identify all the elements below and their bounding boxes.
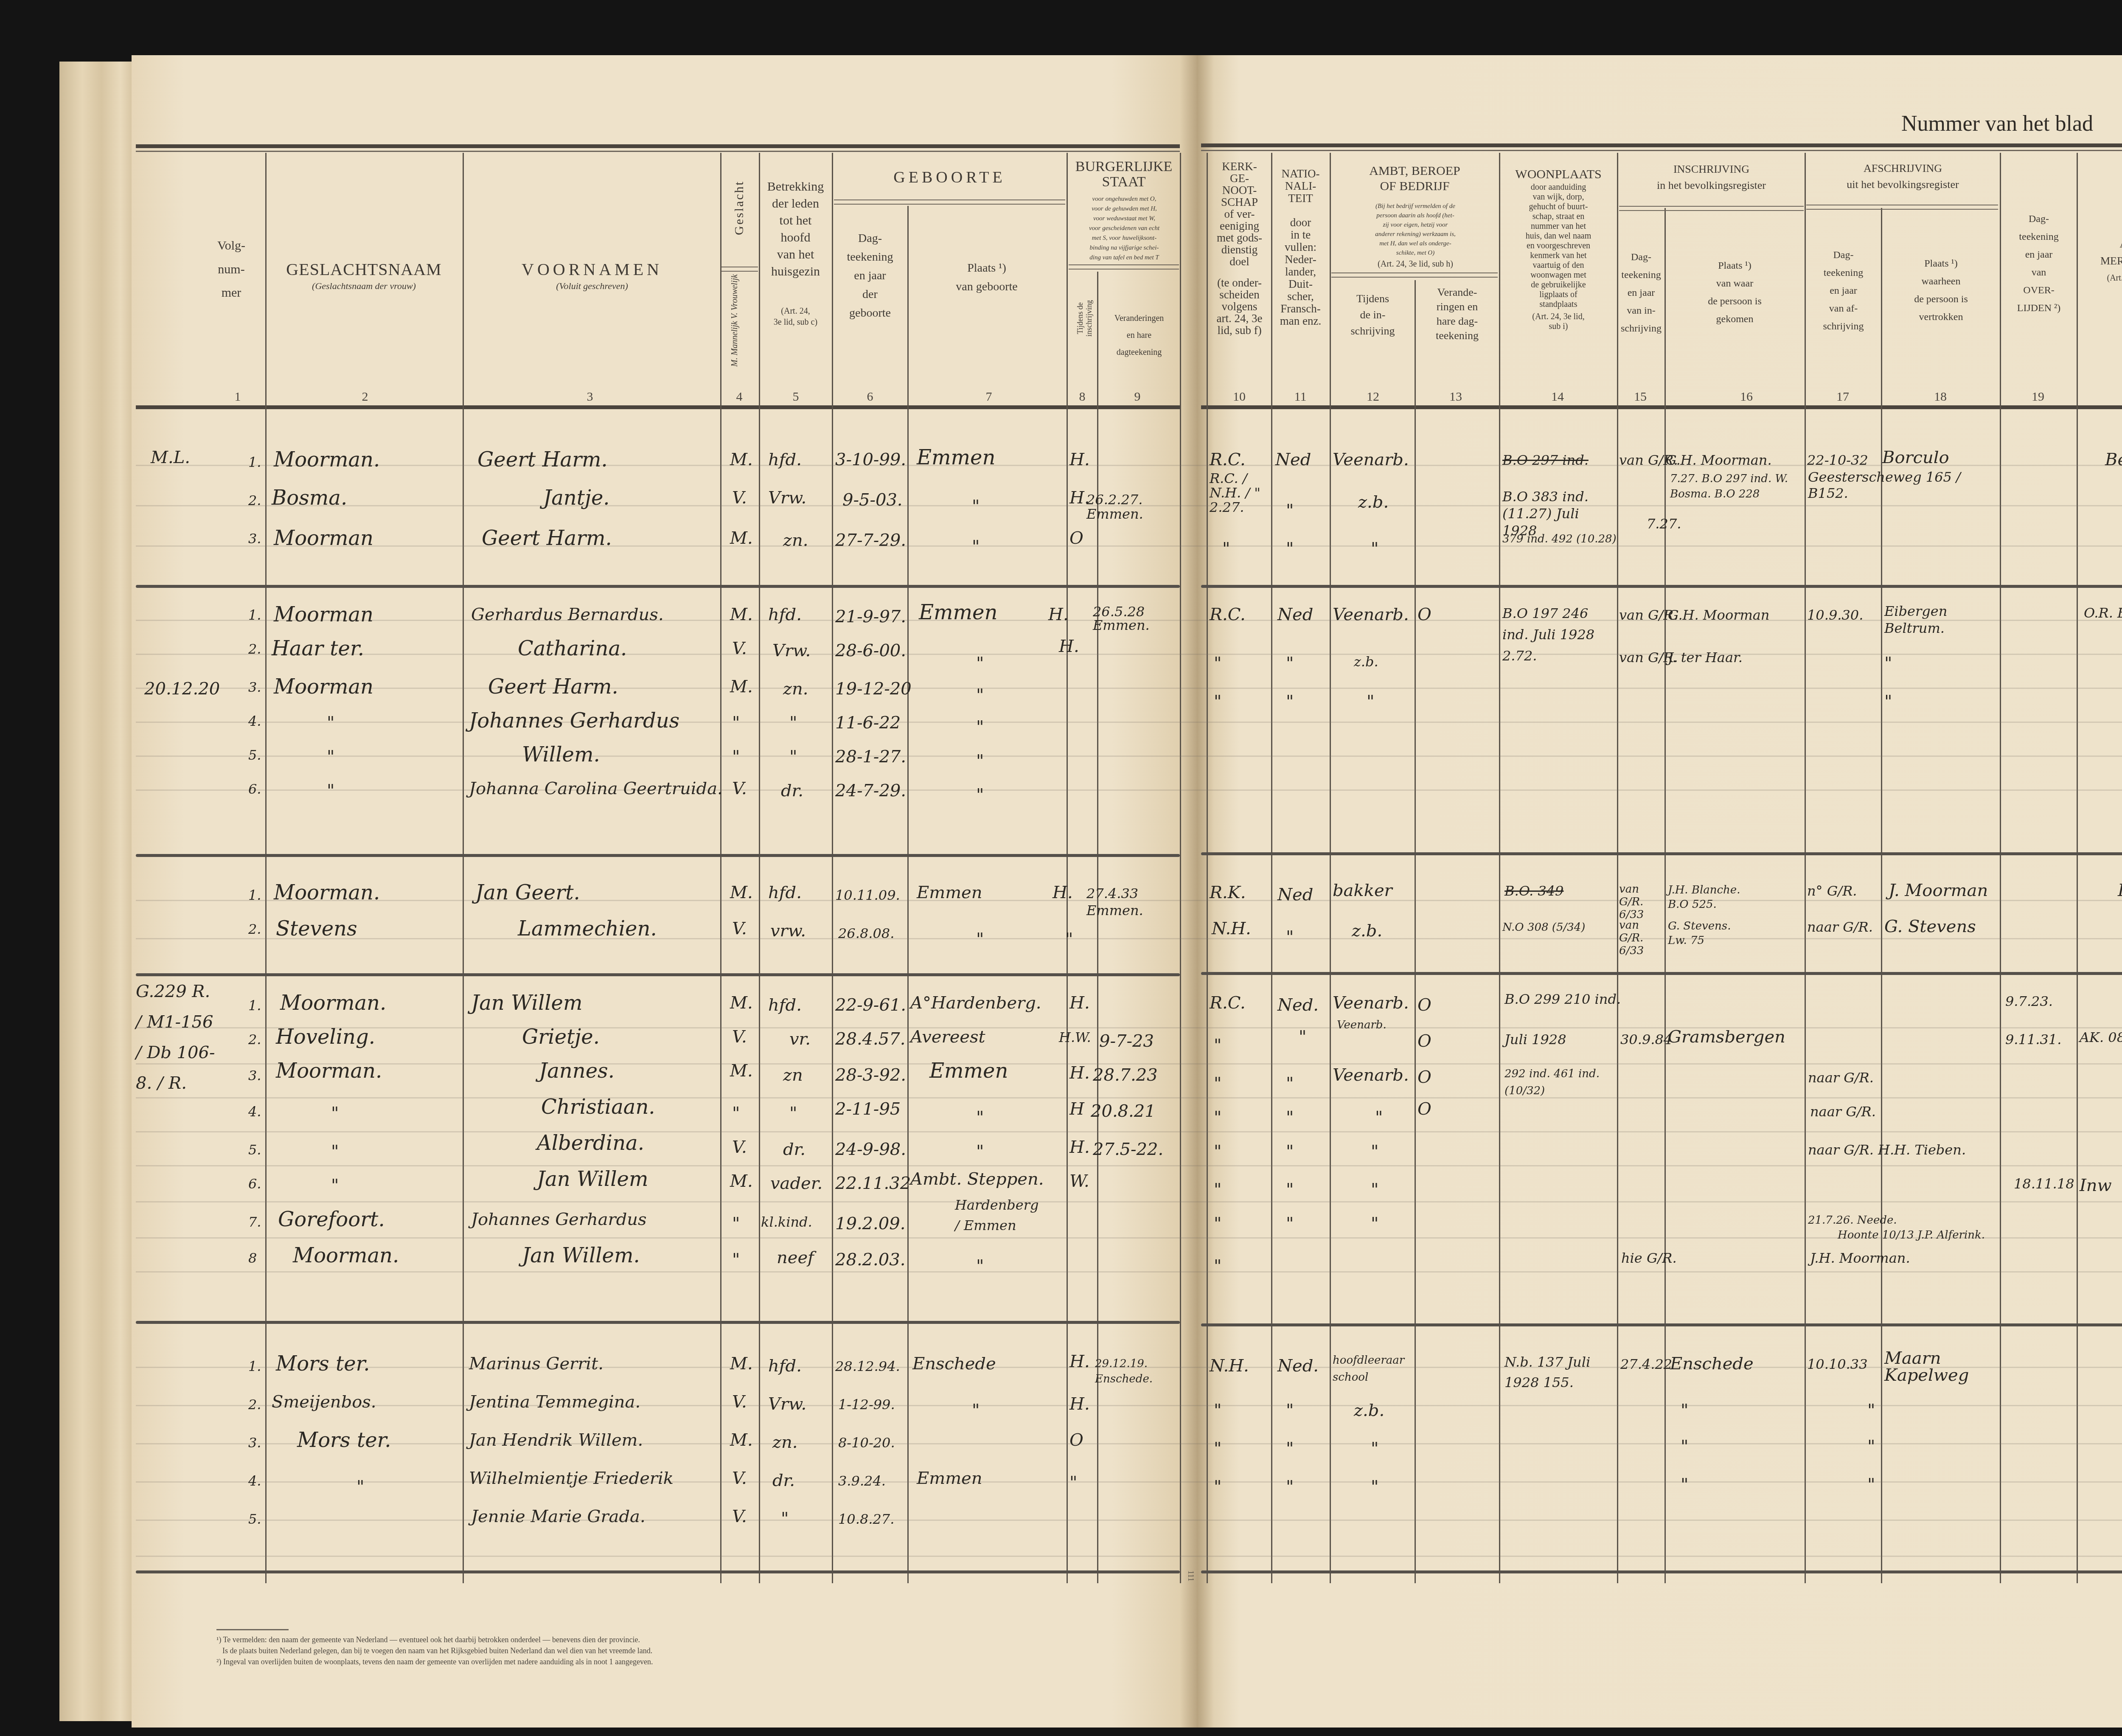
ruled-line bbox=[136, 1027, 2122, 1028]
column-number: 20 bbox=[2117, 390, 2122, 404]
page-mark: 111 bbox=[1186, 1570, 1195, 1582]
ruled-line bbox=[136, 1520, 2122, 1521]
column-number: 14 bbox=[1545, 390, 1570, 404]
ruled-line bbox=[136, 1165, 2122, 1166]
col-divider bbox=[1415, 280, 1416, 1583]
household-separator bbox=[1201, 1323, 2122, 1326]
column-number: 15 bbox=[1628, 390, 1653, 404]
header-ambt-sub: (Bij het bedrijf vermelden of de persoon… bbox=[1333, 202, 1498, 269]
ruled-line bbox=[136, 654, 2122, 655]
header-inschrijving-group: INSCHRIJVING in het bevolkingsregister bbox=[1619, 161, 1804, 194]
geboorte-group-rule bbox=[834, 199, 1065, 205]
header-col5-betrekking: Betrekking der leden tot het hoofd van h… bbox=[761, 178, 831, 328]
ruled-line bbox=[136, 789, 2122, 791]
ruled-line bbox=[136, 722, 2122, 723]
top-rule-left bbox=[136, 144, 1180, 148]
ambt-group-rule bbox=[1331, 272, 1498, 278]
header-col17: Dag- teekening en jaar van af- schrijvin… bbox=[1806, 246, 1881, 335]
footnote-1-cont: Is de plaats buiten Nederland gelegen, d… bbox=[216, 1645, 959, 1656]
header-col10-kerkgenootschap: KERK- GE- NOOT- SCHAP of ver- eeniging m… bbox=[1209, 160, 1270, 336]
ruled-line bbox=[136, 1481, 2122, 1483]
column-number: 3 bbox=[577, 390, 603, 404]
header-col16: Plaats ¹) van waar de persoon is gekomen bbox=[1666, 257, 1804, 328]
margin-note: 20.12.20 bbox=[144, 679, 220, 699]
book-page-edges-left bbox=[59, 62, 136, 1721]
col-divider bbox=[463, 153, 464, 1583]
col-divider bbox=[1881, 208, 1882, 1583]
column-number: 19 bbox=[2025, 390, 2051, 404]
household-separator bbox=[136, 1321, 1180, 1324]
col-divider bbox=[1499, 153, 1500, 1583]
margin-note: G.229 R. / M1-156 / Db 106-8. / R. bbox=[136, 976, 221, 1098]
top-rule-right bbox=[1201, 143, 2122, 147]
header-col7: Plaats ¹) van geboorte bbox=[908, 259, 1065, 296]
column-number: 10 bbox=[1227, 390, 1252, 404]
header-col13: Verande- ringen en hare dag- teekening bbox=[1416, 285, 1498, 343]
header-col1: Volg- num- mer bbox=[199, 238, 263, 301]
ruled-line bbox=[136, 1097, 2122, 1098]
ruled-line bbox=[136, 1063, 2122, 1065]
column-number: 16 bbox=[1734, 390, 1759, 404]
header-bottom-rule-left bbox=[136, 405, 1180, 409]
col-divider bbox=[759, 153, 760, 1583]
column-number: 17 bbox=[1830, 390, 1855, 404]
footnote-2: ²) Ingeval van overlijden buiten de woon… bbox=[216, 1656, 959, 1667]
col-divider bbox=[1330, 153, 1331, 1583]
col-divider bbox=[1271, 153, 1272, 1583]
header-afschrijving-group: AFSCHRIJVING uit het bevolkingsregister bbox=[1806, 160, 1999, 193]
household-separator bbox=[136, 854, 1180, 857]
header-col12: Tijdens de in- schrijving bbox=[1331, 291, 1414, 339]
ruled-line bbox=[136, 688, 2122, 689]
ruled-line bbox=[136, 1201, 2122, 1202]
header-geboorte-group: GEBOORTE bbox=[834, 168, 1065, 188]
margin-note: M.L. bbox=[151, 448, 190, 467]
column-number: 7 bbox=[976, 390, 1002, 404]
col-divider bbox=[2077, 153, 2078, 1583]
household-separator bbox=[136, 973, 1180, 976]
column-number: 9 bbox=[1125, 390, 1150, 404]
col-divider bbox=[2000, 153, 2001, 1583]
ruled-line bbox=[136, 545, 2122, 547]
header-col4-geslacht: Geslacht bbox=[732, 166, 747, 250]
footnotes: ¹) Te vermelden: den naam der gemeente v… bbox=[216, 1634, 959, 1667]
header-col15: Dag- teekening en jaar van in- schrijvin… bbox=[1618, 248, 1664, 337]
col-divider bbox=[1617, 153, 1618, 1583]
household-separator bbox=[136, 1570, 1180, 1573]
household-separator bbox=[136, 585, 1180, 588]
col-divider bbox=[832, 153, 833, 1583]
ruled-line bbox=[136, 756, 2122, 757]
col-divider bbox=[907, 206, 909, 1583]
footnote-1: ¹) Te vermelden: den naam der gemeente v… bbox=[216, 1634, 959, 1645]
header-bottom-rule-right bbox=[1201, 405, 2122, 409]
header-col18: Plaats ¹) waarheen de persoon is vertrok… bbox=[1882, 255, 2000, 326]
header-col14-woonplaats: WOONPLAATS door aanduiding van wijk, dor… bbox=[1501, 166, 1616, 331]
header-col8: Tijdens de inschrijving bbox=[1076, 293, 1093, 344]
col-divider bbox=[1207, 153, 1208, 1583]
household-separator bbox=[1201, 585, 2122, 588]
column-number: 12 bbox=[1360, 390, 1386, 404]
col-divider bbox=[1805, 153, 1806, 1583]
header-col20-aanmerkingen: AAN- MERKINGEN (Art. 24, 5e lid) bbox=[2078, 236, 2122, 287]
top-rule-left-thin bbox=[136, 151, 1180, 152]
column-number: 4 bbox=[727, 390, 752, 404]
header-col19-overlijden: Dag- teekening en jaar van OVER- LIJDEN … bbox=[2001, 210, 2077, 317]
column-number: 18 bbox=[1928, 390, 1953, 404]
afschrijving-group-rule bbox=[1806, 205, 1998, 210]
ruled-line bbox=[136, 1237, 2122, 1239]
burgerlijke-group-rule bbox=[1069, 264, 1179, 270]
household-separator bbox=[1201, 972, 2122, 975]
ruled-line bbox=[136, 1405, 2122, 1406]
ruled-line bbox=[136, 938, 2122, 939]
column-number: 11 bbox=[1288, 390, 1313, 404]
header-col11-nationaliteit: NATIO- NALI- TEIT door in te vullen: Ned… bbox=[1272, 168, 1329, 327]
column-number: 6 bbox=[857, 390, 883, 404]
sheet-number-label: Nummer van het blad bbox=[1901, 111, 2093, 136]
header-col6: Dag- teekening en jaar der geboorte bbox=[834, 229, 906, 323]
ruled-line bbox=[136, 1271, 2122, 1273]
header-col4-sub: M. Mannelijk V. Vrouwelijk bbox=[730, 272, 740, 369]
inschrijving-group-rule bbox=[1619, 206, 1804, 211]
household-separator bbox=[1201, 852, 2122, 855]
header-col9: Veranderingen en hare dagteekening bbox=[1099, 310, 1179, 361]
header-burgerlijke-staat-sub: voor ongehuwden met O, voor de gehuwden … bbox=[1069, 194, 1180, 263]
ruled-line bbox=[136, 1131, 2122, 1132]
header-col2-geslachtsnaam: GESLACHTSNAAM (Geslachtsnaam der vrouw) bbox=[267, 259, 460, 292]
col-divider bbox=[1067, 153, 1068, 1583]
column-number: 5 bbox=[783, 390, 808, 404]
col-divider bbox=[265, 153, 267, 1583]
header-ambt-beroep: AMBT, BEROEP OF BEDRIJF bbox=[1331, 163, 1498, 194]
geslacht-rule bbox=[721, 267, 758, 272]
footnote-rule bbox=[216, 1629, 289, 1630]
header-burgerlijke-staat: BURGERLIJKE STAAT bbox=[1069, 159, 1179, 190]
col-divider bbox=[1180, 153, 1181, 1583]
column-number: 13 bbox=[1443, 390, 1468, 404]
ruled-line bbox=[136, 1443, 2122, 1444]
top-rule-right-thin bbox=[1201, 150, 2122, 151]
column-number: 8 bbox=[1069, 390, 1095, 404]
household-separator bbox=[1201, 1570, 2122, 1573]
column-number: 1 bbox=[225, 390, 250, 404]
col-divider bbox=[720, 153, 721, 1583]
column-number: 2 bbox=[352, 390, 378, 404]
ruled-line bbox=[136, 1556, 2122, 1557]
header-col3-voornamen: VOORNAMEN (Voluit geschreven) bbox=[465, 259, 719, 292]
